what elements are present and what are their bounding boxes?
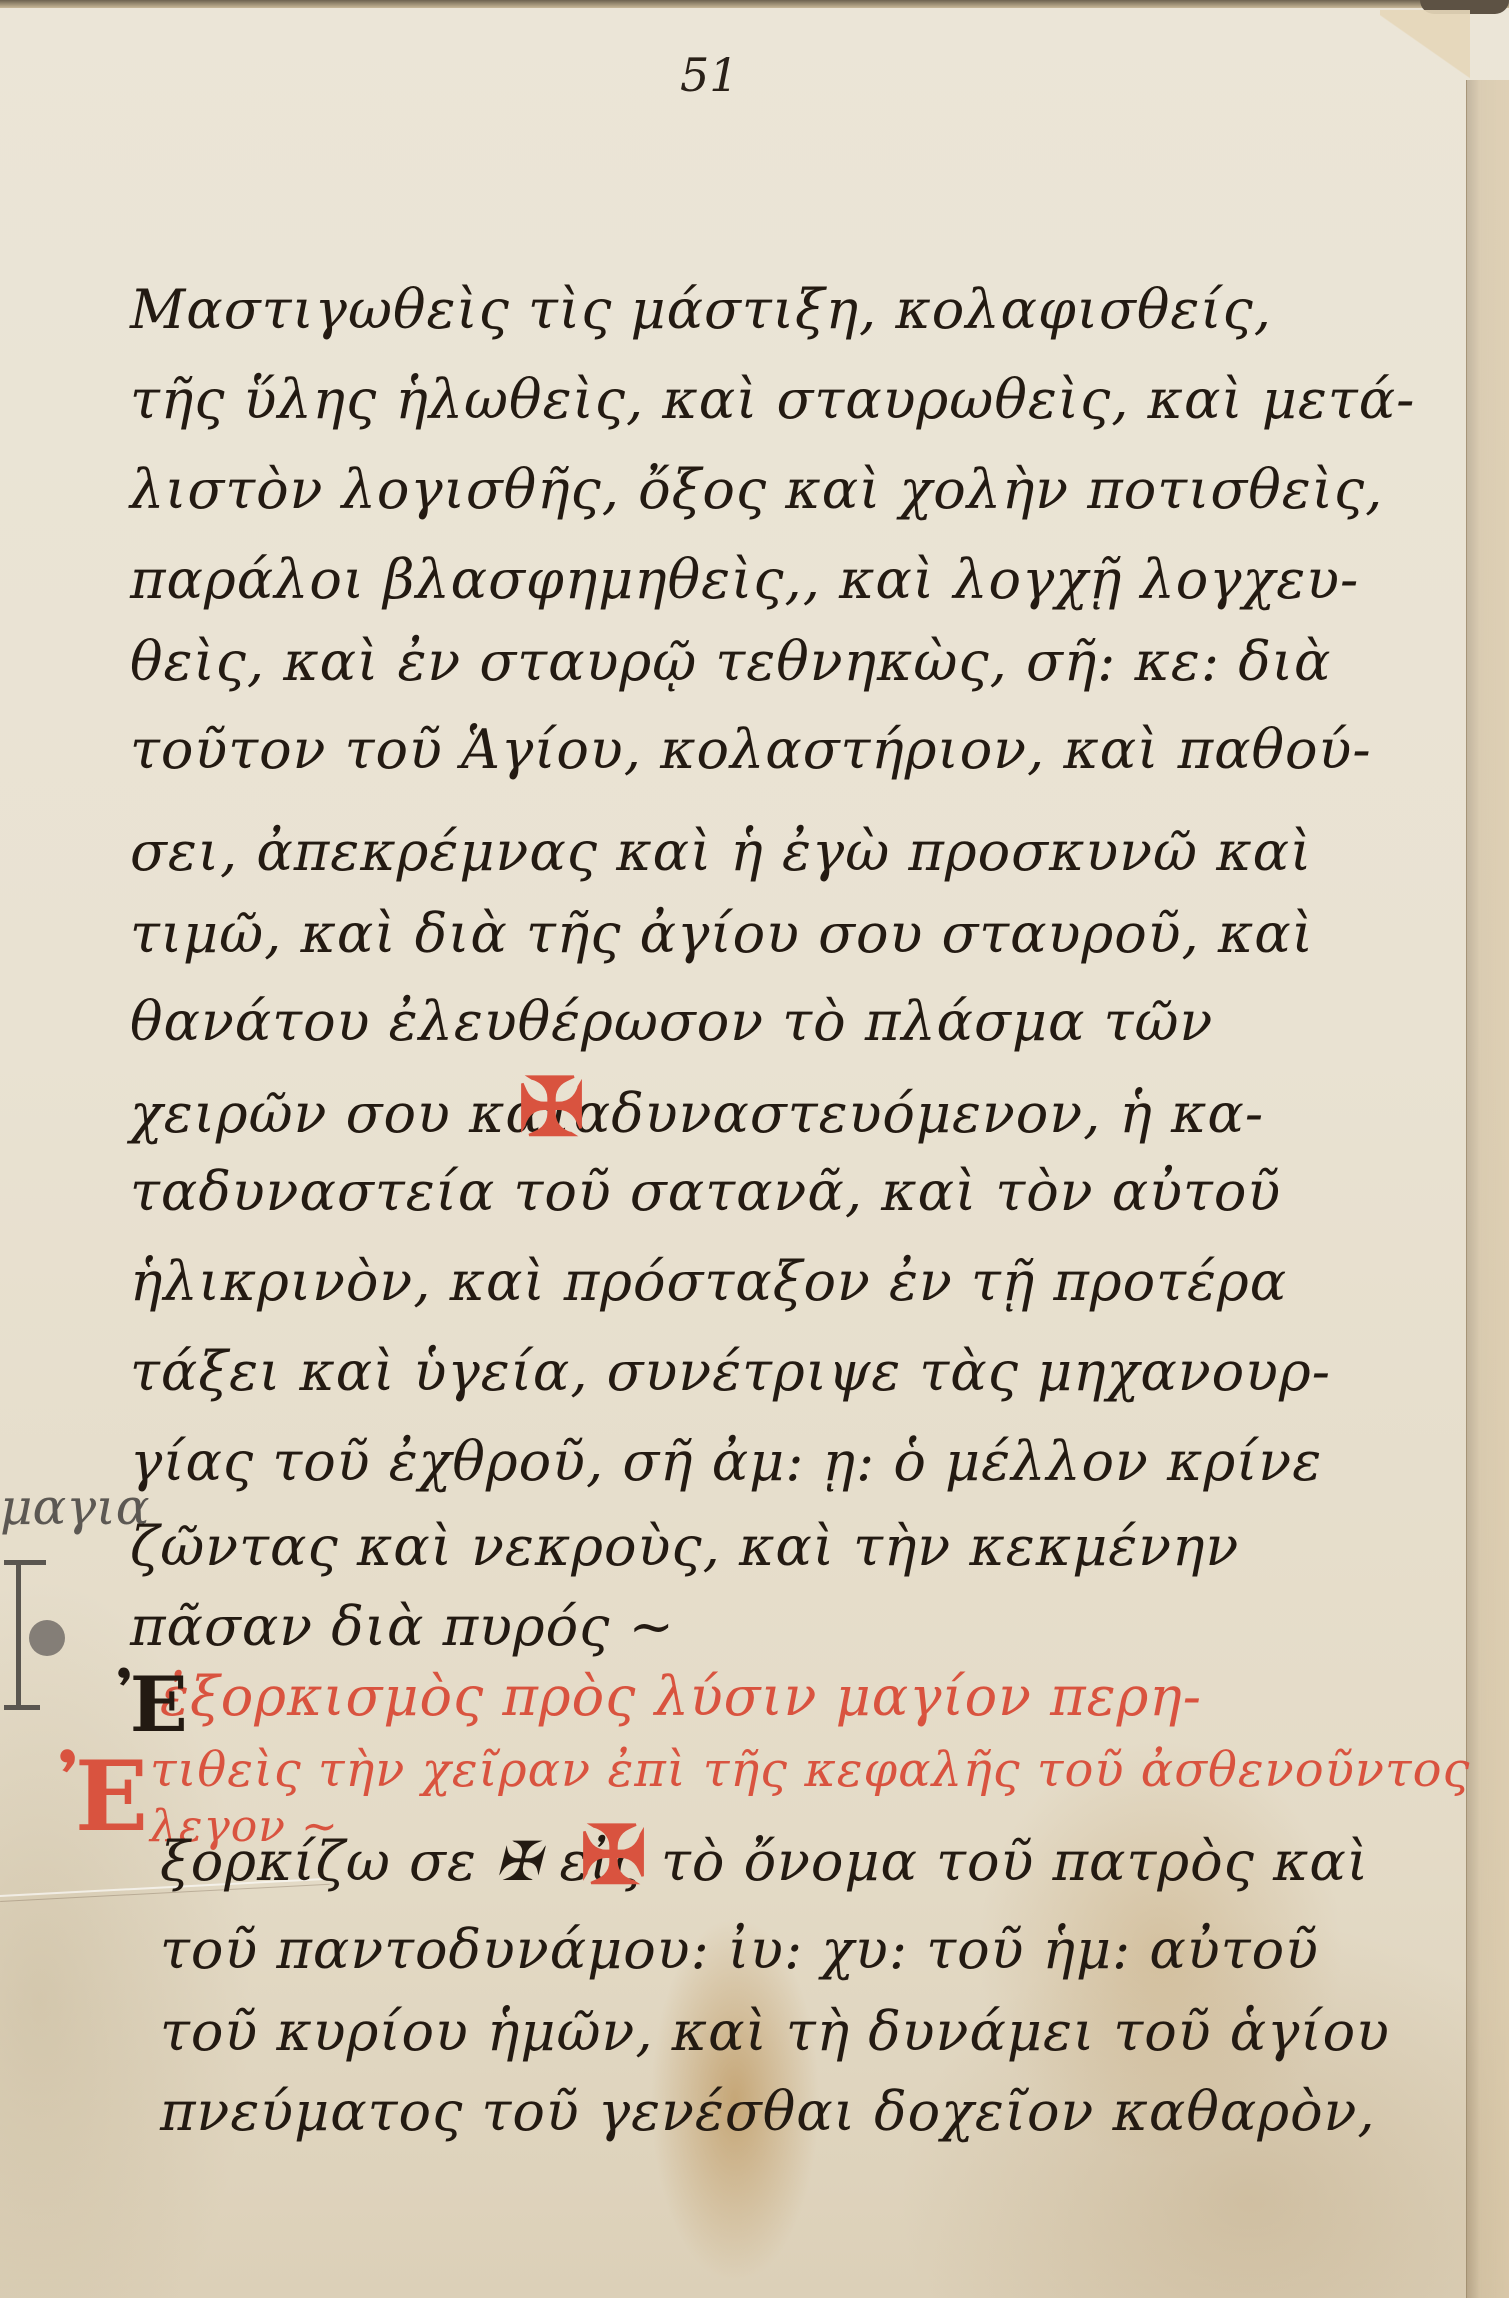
text-line: σει, ἀπεκρέμνας καὶ ἡ ἐγὼ προσκυνῶ καὶ xyxy=(130,820,1312,884)
text-line: ταδυναστεία τοῦ σατανᾶ, καὶ τὸν αὐτοῦ xyxy=(130,1160,1281,1224)
text-line: Μαστιγωθεὶς τὶς μάστιξη, κολαφισθείς, xyxy=(130,278,1272,342)
text-line: τοῦ παντοδυνάμου: ἰυ: χυ: τοῦ ἡμ: αὐτοῦ xyxy=(160,1918,1319,1982)
page-number: 51 xyxy=(680,48,739,102)
text-line: χειρῶν σου καταδυναστευόμενον, ἡ κα- xyxy=(130,1082,1264,1146)
margin-cross-icon xyxy=(4,1560,44,1710)
page-top-edge xyxy=(0,0,1509,8)
text-line: θεὶς, καὶ ἐν σταυρῷ τεθνηκὼς, σῆ: κε: δι… xyxy=(130,630,1331,694)
text-line: τοῦτον τοῦ Ἁγίου, κολαστήριον, καὶ παθού… xyxy=(130,718,1372,782)
text-line: θανάτου ἐλευθέρωσον τὸ πλάσμα τῶν xyxy=(130,990,1213,1054)
margin-note: μαγια xyxy=(0,1478,150,1536)
corner-fold xyxy=(1380,10,1470,82)
red-cross-mark: ✠ xyxy=(518,1060,585,1154)
text-line: λιστὸν λογισθῆς, ὄξος καὶ χολὴν ποτισθεὶ… xyxy=(130,458,1383,522)
rubric-heading-line: τιθεὶς τὴν χεῖραν ἐπὶ τῆς κεφαλῆς τοῦ ἀσ… xyxy=(150,1738,1470,1802)
right-edge-strip xyxy=(1466,80,1509,2298)
manuscript-page: 51 Μαστιγωθεὶς τὶς μάστιξη, κολαφισθείς,… xyxy=(0,0,1509,2298)
text-line: παράλοι βλασφημηθεὶς,, καὶ λογχῇ λογχευ- xyxy=(130,548,1359,612)
text-line: τῆς ὕλης ἡλωθεὶς, καὶ σταυρωθεὶς, καὶ με… xyxy=(130,368,1415,432)
text-line: ξορκίζω σε ✠ εἰς τὸ ὄνομα τοῦ πατρὸς καὶ xyxy=(160,1830,1369,1894)
initial-letter: Ἐ xyxy=(118,1660,188,1749)
rubric-initial-letter: Ἐ xyxy=(60,1740,148,1853)
text-line: τάξει καὶ ὑγεία, συνέτριψε τὰς μηχανουρ- xyxy=(130,1340,1331,1404)
text-line: γίας τοῦ ἐχθροῦ, σῆ ἀμ: ῃ: ὁ μέλλον κρίν… xyxy=(130,1430,1322,1494)
text-line: ἡλικρινὸν, καὶ πρόσταξον ἐν τῇ προτέρα xyxy=(130,1250,1287,1314)
text-line: ζῶντας καὶ νεκροὺς, καὶ τὴν κεκμένην xyxy=(130,1515,1239,1579)
text-line: πνεύματος τοῦ γενέσθαι δοχεῖον καθαρὸν, xyxy=(160,2080,1376,2144)
text-line: τοῦ κυρίου ἡμῶν, καὶ τὴ δυνάμει τοῦ ἁγίο… xyxy=(160,2000,1390,2064)
text-line: τιμῶ, καὶ διὰ τῆς ἀγίου σου σταυροῦ, καὶ xyxy=(130,902,1314,966)
red-cross-mark: ✠ xyxy=(580,1808,647,1902)
text-line: πᾶσαν διὰ πυρός ~ xyxy=(130,1595,675,1659)
rubric-heading-line: ἐξορκισμὸς πρὸς λύσιν μαγίον περη- xyxy=(160,1665,1202,1729)
